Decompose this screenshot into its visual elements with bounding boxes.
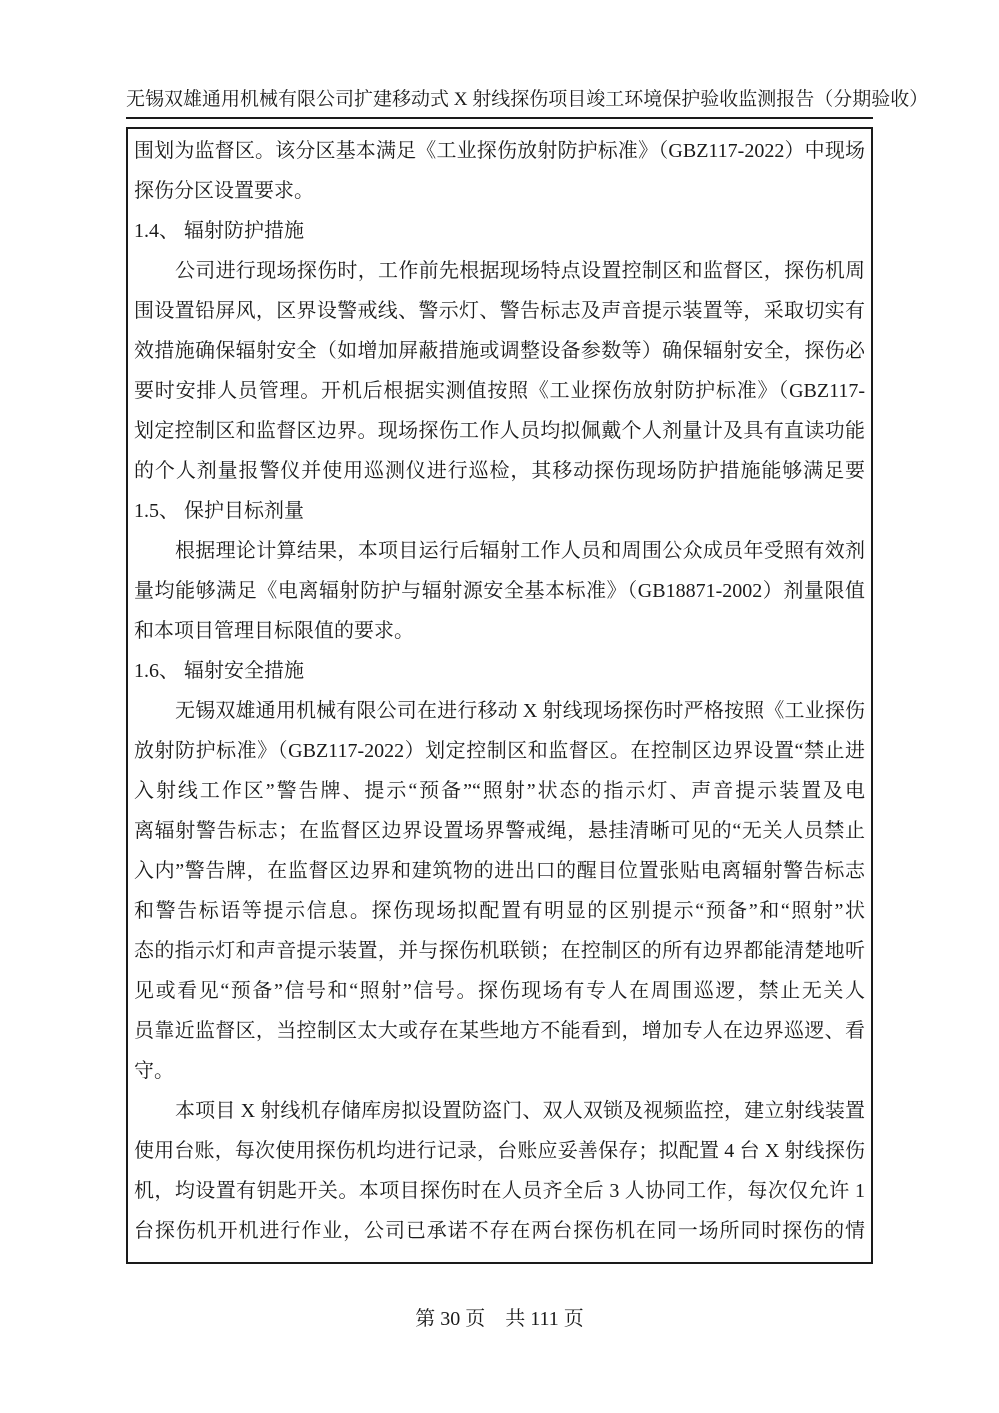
text-line: 和警告标语等提示信息。探伤现场拟配置有明显的区别提示“预备”和“照射”状 bbox=[134, 891, 865, 931]
text-line: 台探伤机开机进行作业，公司已承诺不存在两台探伤机在同一场所同时探伤的情况， bbox=[134, 1211, 865, 1251]
section-heading: 1.5、 保护目标剂量 bbox=[134, 491, 865, 531]
text-line: 根据理论计算结果，本项目运行后辐射工作人员和周围公众成员年受照有效剂 bbox=[134, 531, 865, 571]
text-line: 本项目 X 射线机存储库房拟设置防盗门、双人双锁及视频监控，建立射线装置 bbox=[134, 1091, 865, 1131]
text-line: 的个人剂量报警仪并使用巡测仪进行巡检，其移动探伤现场防护措施能够满足要求。 bbox=[134, 451, 865, 491]
text-line: 公司进行现场探伤时，工作前先根据现场特点设置控制区和监督区，探伤机周 bbox=[134, 251, 865, 291]
text-line: 离辐射警告标志；在监督区边界设置场界警戒绳，悬挂清晰可见的“无关人员禁止 bbox=[134, 811, 865, 851]
text-line: 使用台账，每次使用探伤机均进行记录，台账应妥善保存；拟配置 4 台 X 射线探伤 bbox=[134, 1131, 865, 1171]
text-line: 划定控制区和监督区边界。现场探伤工作人员均拟佩戴个人剂量计及具有直读功能 bbox=[134, 411, 865, 451]
text-line: 机，均设置有钥匙开关。本项目探伤时在人员齐全后 3 人协同工作，每次仅允许 1 bbox=[134, 1171, 865, 1211]
text-line: 入内”警告牌，在监督区边界和建筑物的进出口的醒目位置张贴电离辐射警告标志 bbox=[134, 851, 865, 891]
text-line: 要时安排人员管理。开机后根据实测值按照《工业探伤放射防护标准》（GBZ117-2… bbox=[134, 371, 865, 411]
text-line: 无锡双雄通用机械有限公司在进行移动 X 射线现场探伤时严格按照《工业探伤 bbox=[134, 691, 865, 731]
running-header-title: 无锡双雄通用机械有限公司扩建移动式 X 射线探伤项目竣工环境保护验收监测报告（分… bbox=[126, 87, 873, 119]
text-line: 围设置铅屏风，区界设警戒线、警示灯、警告标志及声音提示装置等，采取切实有 bbox=[134, 291, 865, 331]
text-line: 员靠近监督区，当控制区太大或存在某些地方不能看到，增加专人在边界巡逻、看 bbox=[134, 1011, 865, 1051]
text-line: 放射防护标准》（GBZ117-2022）划定控制区和监督区。在控制区边界设置“禁… bbox=[134, 731, 865, 771]
document-lines: 围划为监督区。该分区基本满足《工业探伤放射防护标准》（GBZ117-2022）中… bbox=[134, 131, 865, 1251]
text-line: 探伤分区设置要求。 bbox=[134, 171, 865, 211]
text-line: 效措施确保辐射安全（如增加屏蔽措施或调整设备参数等）确保辐射安全，探伤必 bbox=[134, 331, 865, 371]
text-line: 见或看见“预备”信号和“照射”信号。探伤现场有专人在周围巡逻，禁止无关人 bbox=[134, 971, 865, 1011]
section-heading: 1.4、 辐射防护措施 bbox=[134, 211, 865, 251]
text-line: 态的指示灯和声音提示装置，并与探伤机联锁；在控制区的所有边界都能清楚地听 bbox=[134, 931, 865, 971]
document-body-frame: 围划为监督区。该分区基本满足《工业探伤放射防护标准》（GBZ117-2022）中… bbox=[126, 127, 873, 1264]
text-line: 和本项目管理目标限值的要求。 bbox=[134, 611, 865, 651]
text-line: 入射线工作区”警告牌、提示“预备”“照射”状态的指示灯、声音提示装置及电 bbox=[134, 771, 865, 811]
text-line: 守。 bbox=[134, 1051, 865, 1091]
text-line: 量均能够满足《电离辐射防护与辐射源安全基本标准》（GB18871-2002）剂量… bbox=[134, 571, 865, 611]
section-heading: 1.6、 辐射安全措施 bbox=[134, 651, 865, 691]
text-line: 围划为监督区。该分区基本满足《工业探伤放射防护标准》（GBZ117-2022）中… bbox=[134, 131, 865, 171]
page-number-footer: 第 30 页 共 111 页 bbox=[126, 1305, 873, 1333]
